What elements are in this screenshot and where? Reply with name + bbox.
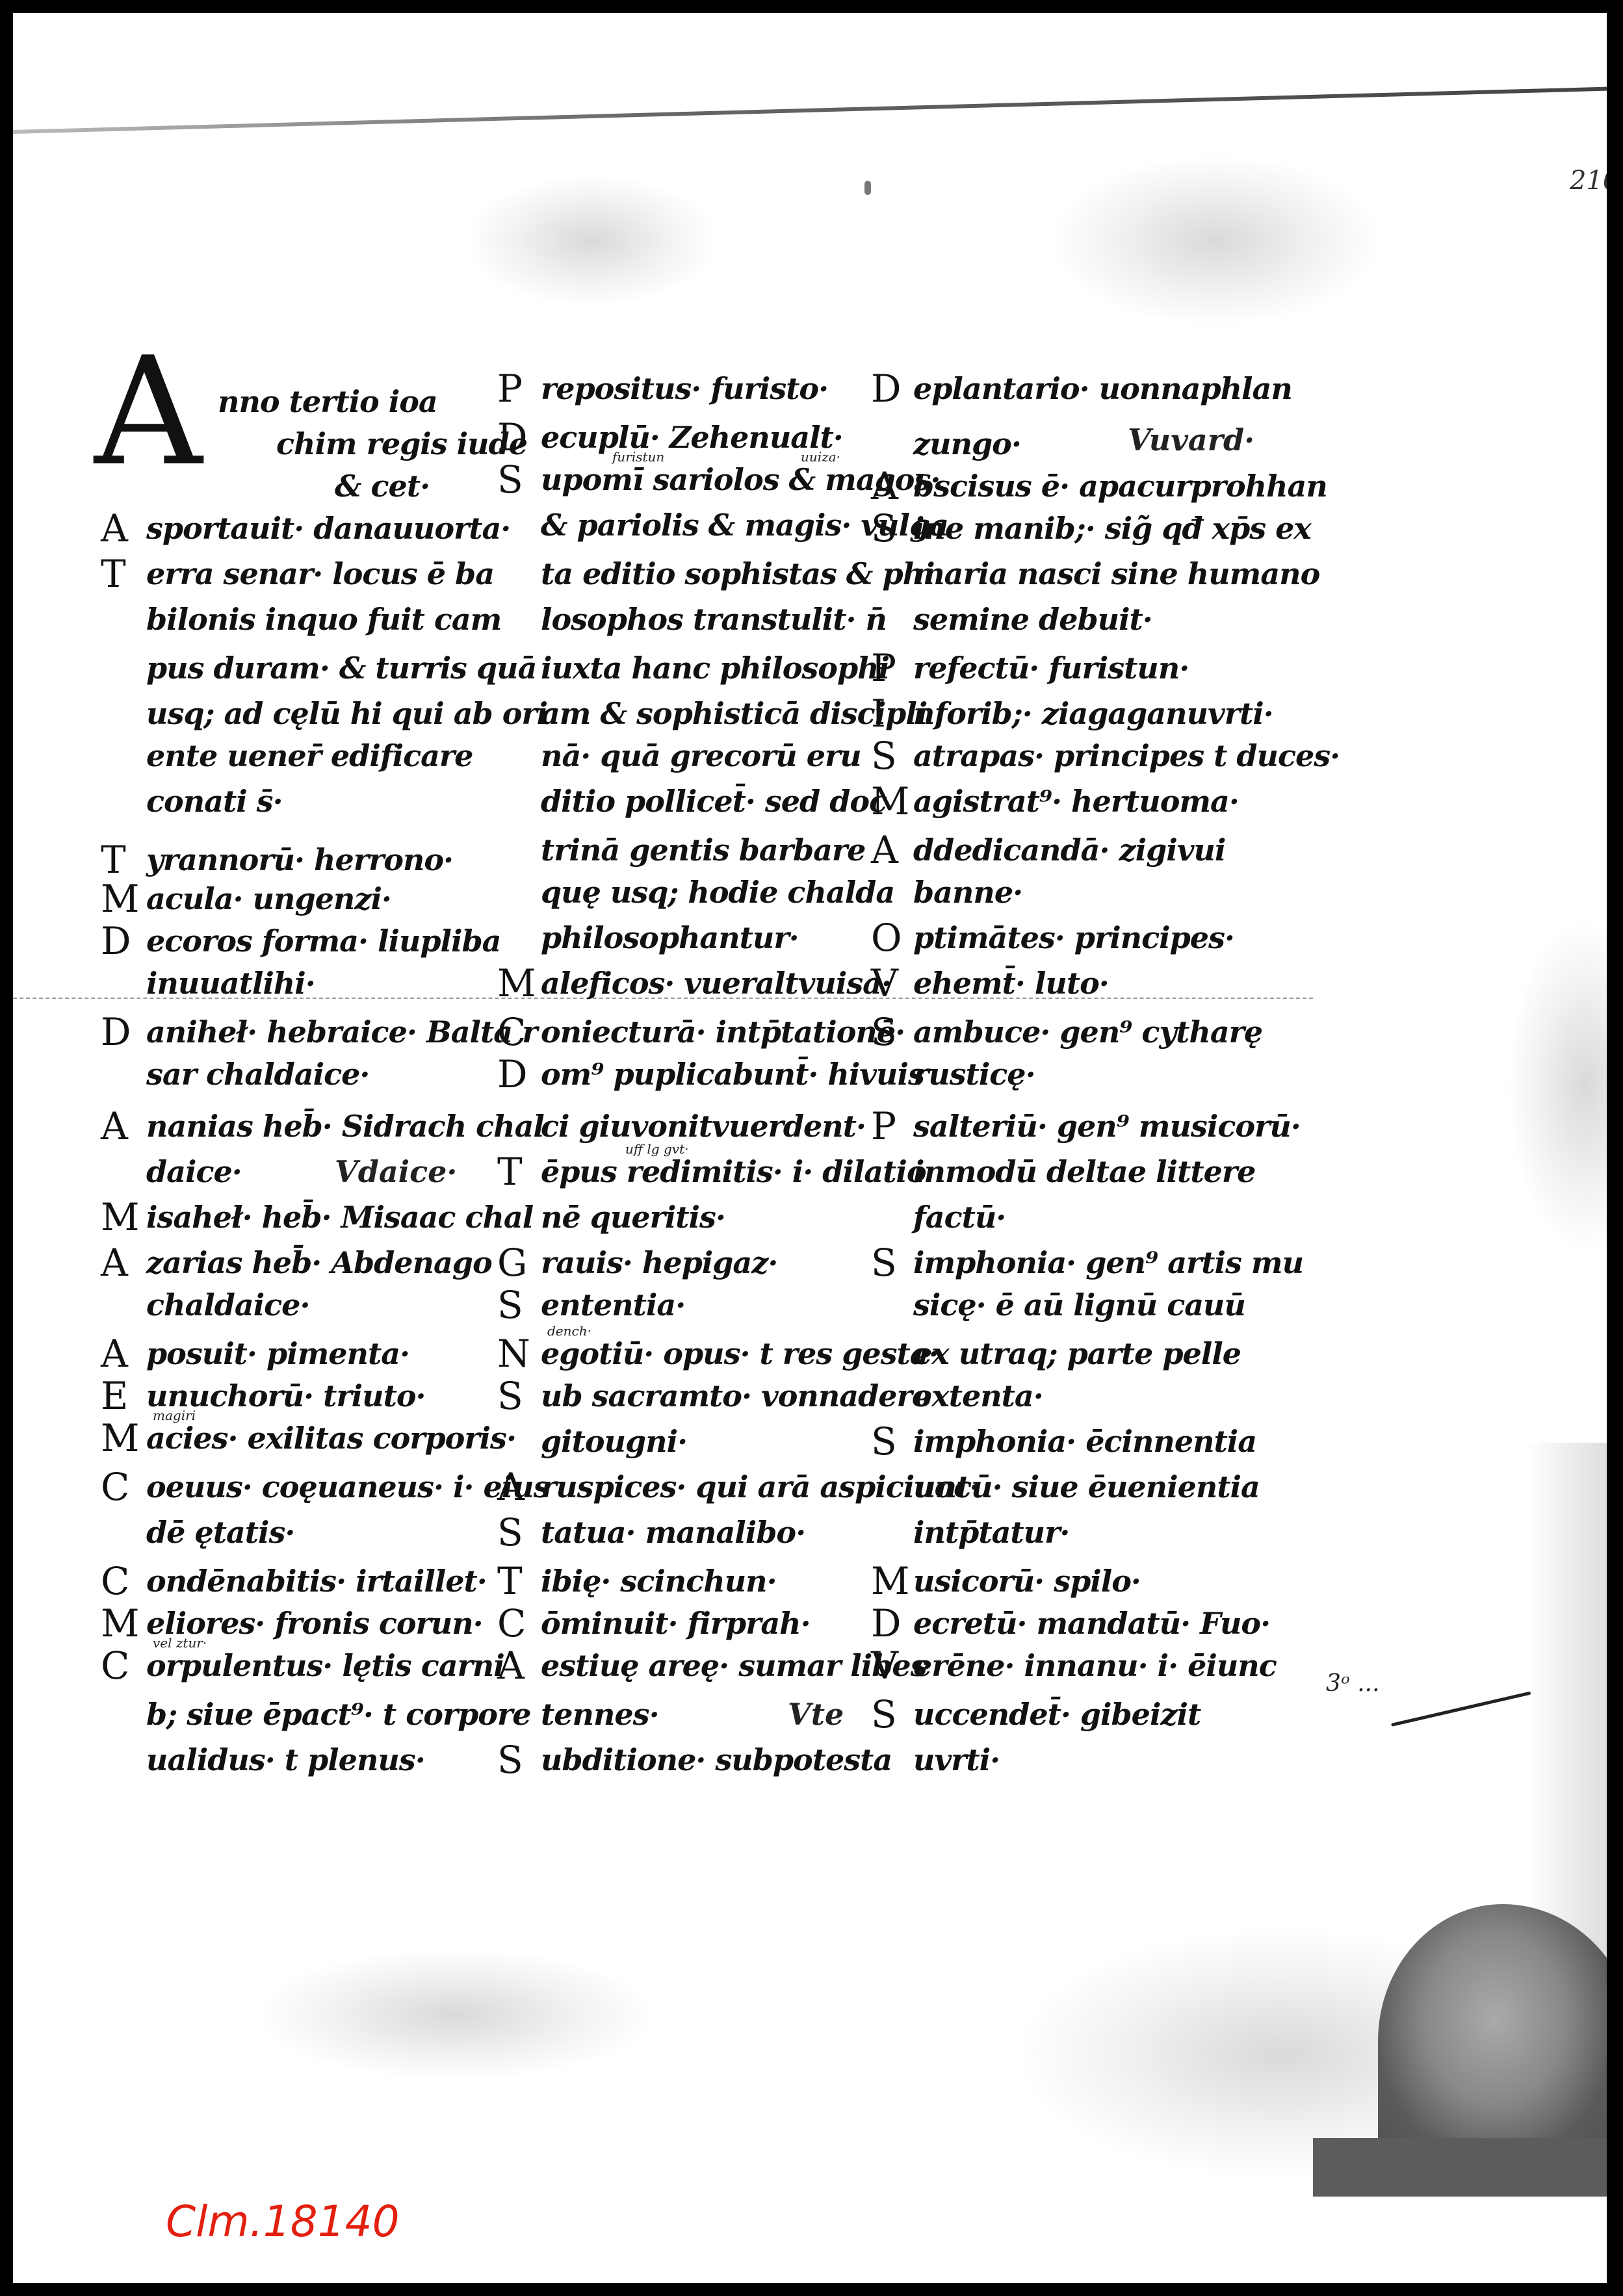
initial-letter: A bbox=[497, 1647, 525, 1684]
initial-letter: D bbox=[101, 1013, 131, 1051]
gloss-line: agistrat⁹· hertuoma· bbox=[913, 786, 1239, 816]
gloss-line: estiuę areę· sumar libes bbox=[541, 1651, 927, 1681]
gloss-line: ta editio sophistas & phi bbox=[541, 559, 935, 589]
gloss-line: tatua· manalibo· bbox=[541, 1517, 805, 1547]
initial-letter: O bbox=[871, 919, 902, 957]
gloss-line: chaldaice· bbox=[146, 1290, 309, 1320]
initial-letter: S bbox=[871, 510, 897, 547]
initial-letter: S bbox=[871, 1423, 897, 1460]
gloss-line: posuit· pimenta· bbox=[146, 1339, 409, 1369]
margin-stroke bbox=[1391, 1692, 1531, 1727]
gloss-line: ēpus redimitis· i· dilatio bbox=[541, 1157, 926, 1187]
gloss-line: maria nasci sine humano bbox=[913, 559, 1319, 589]
initial-letter: T bbox=[101, 555, 126, 593]
initial-letter: S bbox=[497, 1286, 523, 1324]
gloss-line: inuuatlihi· bbox=[146, 968, 315, 998]
initial-letter: C bbox=[497, 1605, 526, 1642]
initial-letter: S bbox=[497, 1741, 523, 1779]
gloss-line: rauis· hepigaz· bbox=[541, 1248, 777, 1278]
initial-letter: M bbox=[101, 880, 139, 918]
initial-letter: S bbox=[871, 1696, 897, 1733]
initial-letter: D bbox=[871, 1605, 902, 1642]
gloss-line: uocū· siue ēuenientia bbox=[913, 1472, 1260, 1502]
gloss-line: ine manib;· sig̃ qđ xp̄s ex bbox=[913, 513, 1311, 543]
gloss-line: gitougni· bbox=[541, 1426, 687, 1456]
gloss-line: & cet· bbox=[335, 471, 430, 501]
gloss-line: erra senar· locus ē ba bbox=[146, 559, 494, 589]
gloss-line: nā· quā grecorū eru bbox=[541, 741, 861, 771]
gloss-line: trinā gentis barbare bbox=[541, 835, 865, 865]
gloss-line: rusticę· bbox=[913, 1059, 1035, 1089]
gloss-line: acies· exilitas corporis· bbox=[146, 1423, 516, 1453]
initial-letter: V bbox=[871, 964, 898, 1002]
initial-letter: C bbox=[101, 1468, 129, 1506]
gloss-line: ambuce· gen⁹ cytharę bbox=[913, 1017, 1262, 1047]
gloss-line: bscisus ē· apacurprohhan bbox=[913, 471, 1327, 501]
gloss-line: ualidus· t plenus· bbox=[146, 1745, 425, 1775]
initial-letter: D bbox=[101, 922, 131, 960]
gloss-line: eliores· fronis corun· bbox=[146, 1608, 483, 1638]
gloss-line: extenta· bbox=[913, 1381, 1043, 1411]
initial-letter: M bbox=[497, 964, 536, 1002]
gloss-line: atrapas· principes t duces· bbox=[913, 741, 1340, 771]
gloss-line: factū· bbox=[913, 1202, 1006, 1232]
initial-letter: M bbox=[871, 782, 909, 820]
ink-mark bbox=[864, 181, 871, 195]
gloss-line: dē ętatis· bbox=[146, 1517, 294, 1547]
initial-letter: E bbox=[101, 1377, 128, 1415]
gloss-line: ehemt̄· luto· bbox=[913, 968, 1109, 998]
gloss-line: chim regis iude bbox=[276, 429, 527, 459]
gloss-line: isaheł· heb̄· Misaac chal bbox=[146, 1202, 533, 1232]
gloss-line: ptimātes· principes· bbox=[913, 923, 1234, 953]
gloss-line: repositus· furisto· bbox=[541, 374, 828, 404]
gloss-line: uvrti· bbox=[913, 1745, 1000, 1775]
gloss-line: nē queritis· bbox=[541, 1202, 725, 1232]
initial-letter: C bbox=[497, 1013, 526, 1051]
gloss-line: ubditione· subpotesta bbox=[541, 1745, 892, 1775]
initial-letter: D bbox=[497, 1055, 528, 1093]
folio-number: 210 bbox=[1570, 166, 1607, 196]
gloss-line: ex utraq; parte pelle bbox=[913, 1339, 1241, 1369]
gloss-line: ci giuvonitvuerdent· bbox=[541, 1111, 866, 1141]
gloss-line: ddedicandā· zigivui bbox=[913, 835, 1225, 865]
gloss-line: imphonia· gen⁹ artis mu bbox=[913, 1248, 1303, 1278]
initial-letter: S bbox=[871, 737, 897, 775]
gloss-line: inmodū deltae littere bbox=[913, 1157, 1255, 1187]
page-smudge bbox=[260, 1950, 650, 2080]
initial-letter: M bbox=[101, 1605, 139, 1642]
gloss-line: pus duram· & turris quā bbox=[146, 653, 536, 683]
initial-letter: A bbox=[871, 467, 898, 505]
initial-letter: M bbox=[871, 1562, 909, 1600]
gloss-line: zarias heb̄· Abdenago bbox=[146, 1248, 492, 1278]
gloss-line: erēne· innanu· i· ēiunc bbox=[913, 1651, 1277, 1681]
gloss-line: usicorū· spilo· bbox=[913, 1566, 1141, 1596]
gloss-line: ōminuit· firprah· bbox=[541, 1608, 811, 1638]
initial-letter: C bbox=[101, 1647, 129, 1684]
interlinear-gloss: Vuvard· bbox=[1128, 425, 1254, 455]
gloss-line: am & sophisticā discipli bbox=[541, 699, 927, 729]
gloss-line: nno tertio ioa bbox=[218, 387, 437, 417]
initial-letter: C bbox=[101, 1562, 129, 1600]
gloss-line: zungo· bbox=[913, 429, 1021, 459]
initial-letter: M bbox=[101, 1198, 139, 1236]
initial-letter: G bbox=[497, 1244, 527, 1282]
gloss-line: yrannorū· herrono· bbox=[146, 845, 453, 875]
initial-letter: D bbox=[497, 419, 528, 456]
initial-letter: S bbox=[497, 1514, 523, 1551]
initial-letter: S bbox=[497, 461, 523, 498]
gloss-line: ecretū· mandatū· Fuo· bbox=[913, 1608, 1270, 1638]
gloss-line: aniheł· hebraice· Balta r bbox=[146, 1017, 537, 1047]
gloss-line: uccendet̄· gibeizit bbox=[913, 1699, 1201, 1729]
gloss-line: sar chaldaice· bbox=[146, 1059, 369, 1089]
manuscript-page: 210 A nno tertio ioachim regis iude& cet… bbox=[13, 13, 1607, 2283]
initial-letter: P bbox=[871, 649, 896, 687]
interlinear-gloss: uff lg gvt· bbox=[625, 1142, 688, 1155]
initial-letter: P bbox=[871, 1107, 896, 1145]
gloss-line: usq; ad cęlū hi qui ab ori bbox=[146, 699, 547, 729]
gloss-line: unuchorū· triuto· bbox=[146, 1381, 426, 1411]
initial-letter: A bbox=[101, 1244, 128, 1282]
gloss-line: semine debuit· bbox=[913, 604, 1152, 634]
gloss-line: ibię· scinchun· bbox=[541, 1566, 777, 1596]
initial-letter: P bbox=[497, 370, 523, 407]
page-smudge bbox=[1053, 156, 1378, 325]
gloss-line: ecoros forma· liupliba bbox=[146, 926, 500, 956]
initial-letter: A bbox=[101, 1107, 128, 1145]
initial-letter: T bbox=[101, 841, 126, 879]
initial-letter: A bbox=[497, 1468, 525, 1506]
initial-letter: S bbox=[497, 1377, 523, 1415]
interlinear-gloss: vel ztur· bbox=[153, 1636, 207, 1649]
gloss-line: nanias heb̄· Sidrach chal bbox=[146, 1111, 544, 1141]
initial-letter: I bbox=[871, 695, 886, 732]
gloss-line: ub sacramto· vonnadero bbox=[541, 1381, 931, 1411]
interlinear-gloss: furistun bbox=[612, 450, 664, 463]
page-smudge bbox=[1508, 923, 1607, 1248]
interlinear-gloss: uuiza· bbox=[801, 450, 840, 463]
gloss-line: daice· bbox=[146, 1157, 242, 1187]
gloss-line: imphonia· ēcinnentia bbox=[913, 1426, 1256, 1456]
gloss-line: iuxta hanc philosophi bbox=[541, 653, 889, 683]
gloss-line: om⁹ puplicabunt̄· hivuis bbox=[541, 1059, 924, 1089]
initial-letter: S bbox=[871, 1244, 897, 1282]
page-smudge bbox=[468, 175, 715, 305]
initial-letter: S bbox=[871, 1013, 897, 1051]
interlinear-gloss: Vdaice· bbox=[335, 1157, 457, 1187]
gloss-line: ecuplū· Zehenualt· bbox=[541, 422, 843, 452]
interlinear-gloss: magiri bbox=[153, 1409, 196, 1422]
gloss-line: egotiū· opus· t res gesta· bbox=[541, 1339, 939, 1369]
gloss-line: b; siue ēpact⁹· t corpore bbox=[146, 1699, 530, 1729]
gloss-line: eplantario· uonnaphlan bbox=[913, 374, 1292, 404]
gloss-line: losophos transtulit· n̄ bbox=[541, 604, 887, 634]
margin-note: 3ᵒ ... bbox=[1326, 1670, 1380, 1697]
gloss-line: ente uener̄ edificare bbox=[146, 741, 473, 771]
gloss-line: banne· bbox=[913, 877, 1022, 907]
gloss-line: acula· ungenzi· bbox=[146, 884, 391, 914]
gloss-line: sportauit· danauuorta· bbox=[146, 513, 510, 543]
initial-letter: N bbox=[497, 1335, 530, 1373]
gloss-line: bilonis inquo fuit cam bbox=[146, 604, 501, 634]
gloss-line: quę usq; hodie chalda bbox=[541, 877, 894, 907]
decorated-initial: A bbox=[94, 338, 202, 487]
page-top-edge bbox=[13, 86, 1607, 134]
gloss-line: philosophantur· bbox=[541, 923, 799, 953]
shelfmark: Clm.18140 bbox=[166, 2197, 400, 2247]
gloss-line: tennes· bbox=[541, 1699, 659, 1729]
initial-letter: T bbox=[497, 1153, 523, 1191]
initial-letter: D bbox=[871, 370, 902, 407]
interlinear-gloss: Vte bbox=[788, 1699, 844, 1729]
gloss-line: refectū· furistun· bbox=[913, 653, 1189, 683]
gloss-line: ententia· bbox=[541, 1290, 685, 1320]
gloss-line: oniecturā· intp̄tationē· bbox=[541, 1017, 905, 1047]
thumb-shadow bbox=[1313, 2138, 1607, 2197]
initial-letter: T bbox=[497, 1562, 523, 1600]
gloss-line: salteriū· gen⁹ musicorū· bbox=[913, 1111, 1301, 1141]
gloss-line: conati s̄· bbox=[146, 786, 283, 816]
gloss-line: aleficos· vueraltvuisa· bbox=[541, 968, 891, 998]
initial-letter: A bbox=[101, 1335, 128, 1373]
gloss-line: nforib;· ziagaganuvrti· bbox=[913, 699, 1273, 729]
gloss-line: oeuus· coęuaneus· i· eius bbox=[146, 1472, 550, 1502]
gloss-line: ditio pollicet̄· sed doc bbox=[541, 786, 887, 816]
gloss-line: intp̄tatur· bbox=[913, 1517, 1069, 1547]
initial-letter: A bbox=[101, 510, 128, 547]
initial-letter: A bbox=[871, 831, 898, 869]
gloss-line: ondēnabitis· irtaillet· bbox=[146, 1566, 487, 1596]
initial-letter: V bbox=[871, 1647, 898, 1684]
interlinear-gloss: dench· bbox=[547, 1324, 591, 1337]
initial-letter: M bbox=[101, 1419, 139, 1457]
gloss-line: sicę· ē aū lignū cauū bbox=[913, 1290, 1245, 1320]
gloss-line: orpulentus· lętis carni bbox=[146, 1651, 504, 1681]
